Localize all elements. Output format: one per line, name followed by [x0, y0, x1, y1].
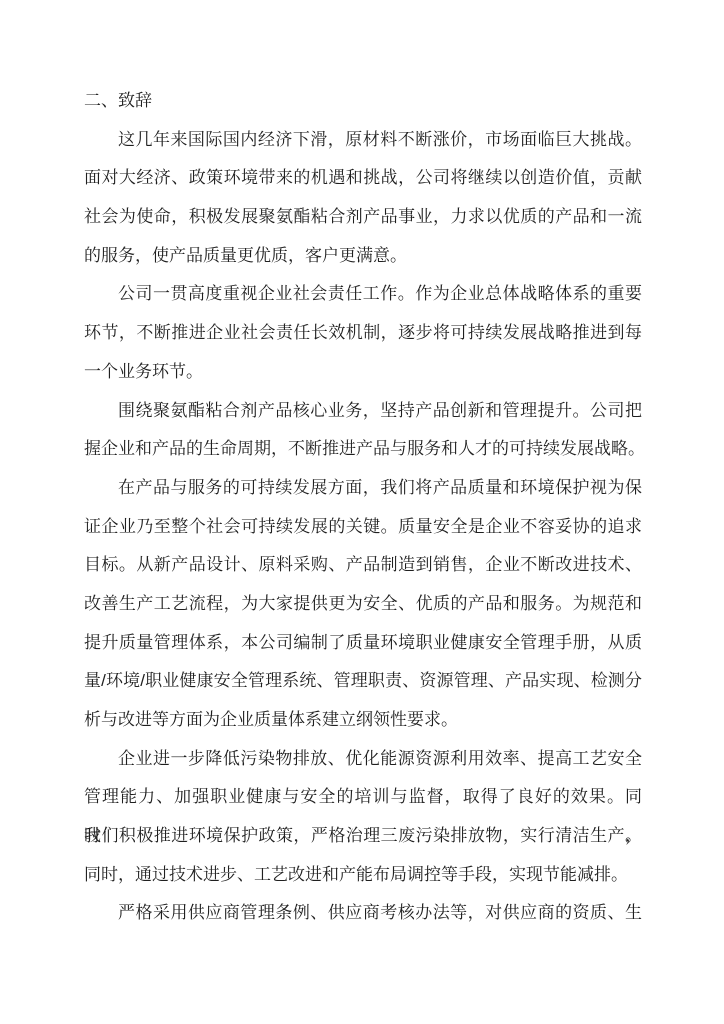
document-body: 这几年来国际国内经济下滑，原材料不断涨价，市场面临巨大挑战。面对大经济、政策环境…	[84, 121, 642, 933]
text-line: 环节，不断推进企业社会责任长效机制，逐步将可持续发展战略推进到每	[84, 314, 642, 353]
text-line: 严格采用供应商管理条例、供应商考核办法等，对供应商的资质、生	[84, 894, 642, 933]
text-line: 管理能力、加强职业健康与安全的培训与监督，取得了良好的效果。同时，	[84, 778, 642, 817]
text-line: 这几年来国际国内经济下滑，原材料不断涨价，市场面临巨大挑战。	[84, 121, 642, 160]
text-line: 析与改进等方面为企业质量体系建立纲领性要求。	[84, 701, 642, 740]
text-line: 公司一贯高度重视企业社会责任工作。作为企业总体战略体系的重要	[84, 275, 642, 314]
text-line: 我们积极推进环境保护政策，严格治理三废污染排放物，实行清洁生产。	[84, 817, 642, 856]
text-line: 在产品与服务的可持续发展方面，我们将产品质量和环境保护视为保	[84, 469, 642, 508]
text-line: 企业进一步降低污染物排放、优化能源资源利用效率、提高工艺安全	[84, 740, 642, 779]
text-line: 面对大经济、政策环境带来的机遇和挑战，公司将继续以创造价值，贡献	[84, 159, 642, 198]
text-line: 一个业务环节。	[84, 353, 642, 392]
text-line: 证企业乃至整个社会可持续发展的关键。质量安全是企业不容妥协的追求	[84, 508, 642, 547]
text-line: 提升质量管理体系，本公司编制了质量环境职业健康安全管理手册，从质	[84, 624, 642, 663]
document-content: 二、致辞 这几年来国际国内经济下滑，原材料不断涨价，市场面临巨大挑战。面对大经济…	[84, 82, 642, 933]
text-line: 量/环境/职业健康安全管理系统、管理职责、资源管理、产品实现、检测分	[84, 662, 642, 701]
text-line: 的服务，使产品质量更优质，客户更满意。	[84, 237, 642, 276]
text-line: 同时，通过技术进步、工艺改进和产能布局调控等手段，实现节能减排。	[84, 856, 642, 895]
document-page: 二、致辞 这几年来国际国内经济下滑，原材料不断涨价，市场面临巨大挑战。面对大经济…	[0, 0, 724, 1024]
text-line: 社会为使命，积极发展聚氨酯粘合剂产品事业，力求以优质的产品和一流	[84, 198, 642, 237]
section-heading: 二、致辞	[84, 82, 642, 121]
text-line: 握企业和产品的生命周期，不断推进产品与服务和人才的可持续发展战略。	[84, 430, 642, 469]
text-line: 改善生产工艺流程，为大家提供更为安全、优质的产品和服务。为规范和	[84, 585, 642, 624]
text-line: 围绕聚氨酯粘合剂产品核心业务，坚持产品创新和管理提升。公司把	[84, 392, 642, 431]
text-line: 目标。从新产品设计、原料采购、产品制造到销售，企业不断改进技术、	[84, 546, 642, 585]
